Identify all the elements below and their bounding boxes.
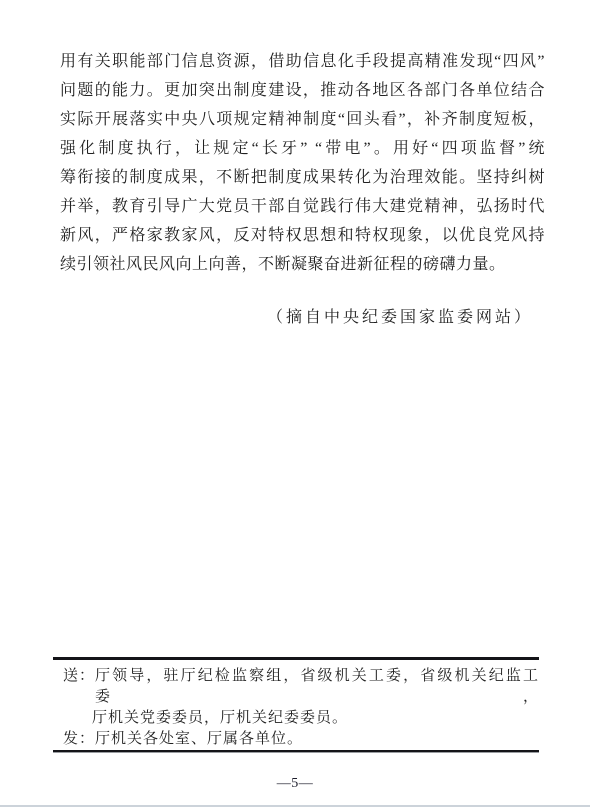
send-text: 厅领导，驻厅纪检监察组，省级机关工委，省级机关纪监工委， <box>95 666 539 708</box>
page-number: —5— <box>0 775 590 793</box>
send-continuation-row: 厅机关党委委员，厅机关纪委委员。 <box>63 708 539 729</box>
body-line: 问题的能力。更加突出制度建设，推动各地区各部门各单位结合 <box>60 76 545 105</box>
body-line: 用有关职能部门信息资源，借助信息化手段提高精准发现“四风” <box>60 47 545 76</box>
body-line: 强化制度执行，让规定“长牙” “带电”。用好“四项监督”统 <box>60 134 545 163</box>
citation-line: （摘自中央纪委国家监委网站） <box>60 303 533 332</box>
issue-text: 厅机关各处室、厅属各单位。 <box>95 729 303 750</box>
issue-row: 发： 厅机关各处室、厅属各单位。 <box>63 729 539 750</box>
colophon-bottom-rule <box>53 750 539 753</box>
body-line: 实际开展落实中央八项规定精神制度“回头看”，补齐制度短板， <box>60 105 545 134</box>
body-line: 筹衔接的制度成果，不断把制度成果转化为治理效能。坚持纠树 <box>60 163 545 192</box>
send-continuation-text: 厅机关党委委员，厅机关纪委委员。 <box>92 708 348 729</box>
colophon: 送： 厅领导，驻厅纪检监察组，省级机关工委，省级机关纪监工委， 厅机关党委委员，… <box>53 657 539 753</box>
issue-label: 发： <box>63 729 95 750</box>
body-line: 并举，教育引导广大党员干部自觉践行伟大建党精神，弘扬时代 <box>60 192 545 221</box>
send-row: 送： 厅领导，驻厅纪检监察组，省级机关工委，省级机关纪监工委， <box>63 666 539 708</box>
body-paragraph: 用有关职能部门信息资源，借助信息化手段提高精准发现“四风” 问题的能力。更加突出… <box>60 47 545 279</box>
document-page: 用有关职能部门信息资源，借助信息化手段提高精准发现“四风” 问题的能力。更加突出… <box>0 0 590 807</box>
distribution-lines: 送： 厅领导，驻厅纪检监察组，省级机关工委，省级机关纪监工委， 厅机关党委委员，… <box>53 660 539 750</box>
send-label: 送： <box>63 666 95 708</box>
body-line: 续引领社风民风向上向善，不断凝聚奋进新征程的磅礴力量。 <box>60 250 545 279</box>
body-line: 新风，严格家教家风，反对特权思想和特权现象，以优良党风持 <box>60 221 545 250</box>
